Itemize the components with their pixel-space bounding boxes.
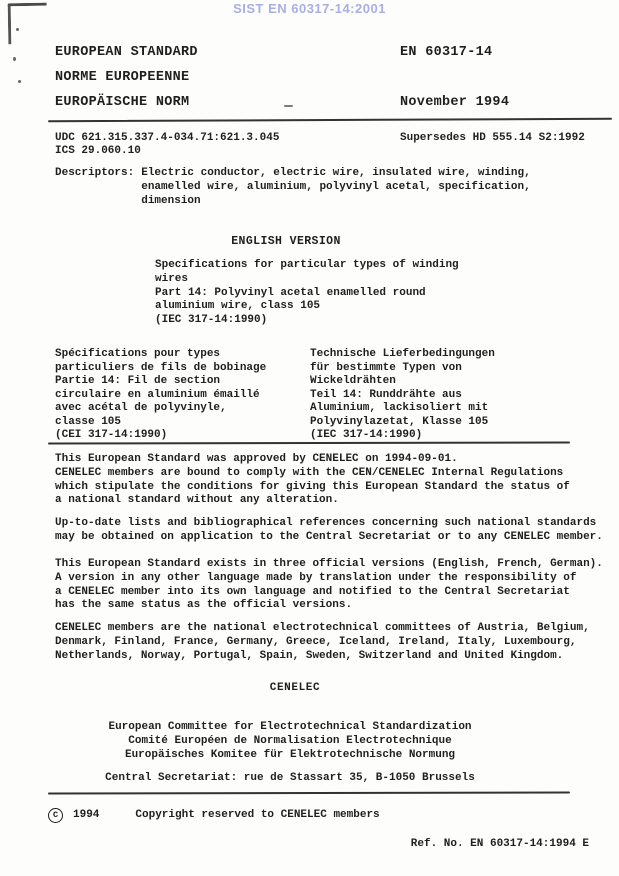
organization-name: CENELEC: [0, 682, 590, 696]
scan-speckle: [16, 28, 19, 31]
horizontal-rule-middle: [48, 442, 570, 445]
french-title: Spécifications pour types particuliers d…: [55, 348, 266, 443]
paragraph-approval: This European Standard was approved by C…: [55, 453, 570, 508]
copyright-line: C 1994 Copyright reserved to CENELEC mem…: [48, 808, 380, 823]
scan-artifact-corner: [8, 3, 48, 45]
german-title: Technische Lieferbedingungen für bestimm…: [310, 348, 495, 443]
standard-number: EN 60317-14: [400, 46, 492, 60]
copyright-text: Copyright reserved to CENELEC members: [135, 809, 379, 823]
ics-code: ICS 29.060.10: [55, 145, 141, 159]
horizontal-rule-bottom: [48, 792, 570, 795]
standard-cover-page: SIST EN 60317-14:2001 EUROPEAN STANDARD …: [0, 0, 619, 876]
paragraph-lists: Up-to-date lists and bibliographical ref…: [55, 517, 603, 545]
header-title-english: EUROPEAN STANDARD: [55, 46, 198, 60]
central-secretariat-address: Central Secretariat: rue de Stassart 35,…: [0, 772, 580, 786]
descriptors-text: Electric conductor, electric wire, insul…: [141, 167, 530, 208]
committee-names: European Committee for Electrotechnical …: [0, 721, 580, 762]
watermark-text: SIST EN 60317-14:2001: [0, 2, 619, 16]
header-title-french: NORME EUROPEENNE: [55, 71, 189, 85]
udc-code: UDC 621.315.337.4-034.71:621.3.045: [55, 132, 279, 146]
scan-speckle: [284, 105, 293, 107]
reference-number: Ref. No. EN 60317-14:1994 E: [411, 838, 589, 852]
paragraph-versions: This European Standard exists in three o…: [55, 558, 603, 613]
scan-speckle: [13, 57, 16, 61]
copyright-icon: C: [48, 808, 63, 823]
header-title-german: EUROPÄISCHE NORM: [55, 96, 189, 110]
descriptors-label: Descriptors:: [55, 167, 134, 208]
scan-speckle: [18, 80, 21, 83]
english-version-heading: ENGLISH VERSION: [0, 235, 572, 249]
copyright-year: 1994: [73, 809, 99, 823]
horizontal-rule-top: [48, 118, 612, 122]
publication-date: November 1994: [400, 96, 509, 110]
descriptors-block: Descriptors: Electric conductor, electri…: [55, 167, 531, 208]
paragraph-members: CENELEC members are the national electro…: [55, 622, 590, 663]
supersedes-note: Supersedes HD 555.14 S2:1992: [400, 132, 585, 146]
english-title: Specifications for particular types of w…: [155, 259, 459, 328]
